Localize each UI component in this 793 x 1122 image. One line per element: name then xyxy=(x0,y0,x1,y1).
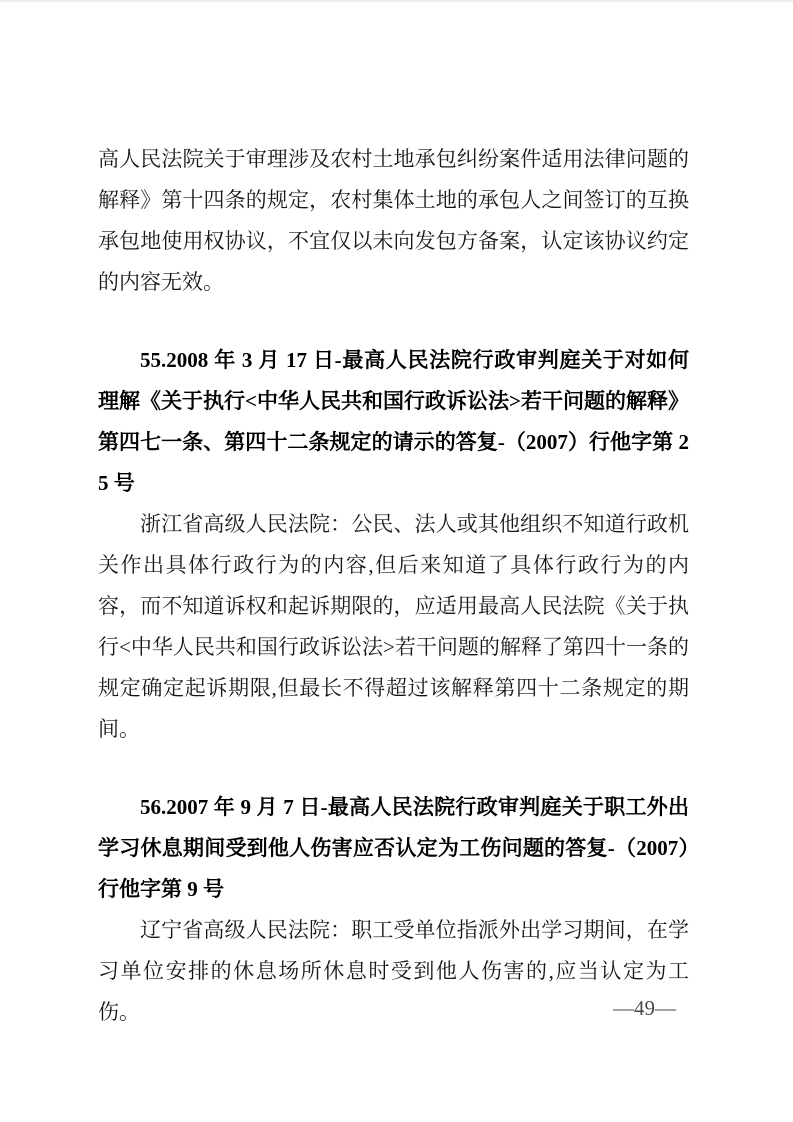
document-page: 高人民法院关于审理涉及农村土地承包纠纷案件适用法律问题的解释》第十四条的规定，农… xyxy=(0,0,793,1122)
paragraph-case-55-reply: 浙江省高级人民法院：公民、法人或其他组织不知道行政机关作出具体行政行为的内容,但… xyxy=(98,504,689,750)
page-number: —49— xyxy=(613,996,676,1020)
document-body: 高人民法院关于审理涉及农村土地承包纠纷案件适用法律问题的解释》第十四条的规定，农… xyxy=(98,139,689,1033)
paragraph-continuation: 高人民法院关于审理涉及农村土地承包纠纷案件适用法律问题的解释》第十四条的规定，农… xyxy=(98,139,689,303)
section-heading-case-55: 55.2008 年 3 月 17 日-最高人民法院行政审判庭关于对如何理解《关于… xyxy=(98,340,689,504)
section-heading-case-56: 56.2007 年 9 月 7 日-最高人民法院行政审判庭关于职工外出学习休息期… xyxy=(98,787,689,910)
paragraph-case-56-reply: 辽宁省高级人民法院：职工受单位指派外出学习期间，在学习单位安排的休息场所休息时受… xyxy=(98,910,689,1033)
